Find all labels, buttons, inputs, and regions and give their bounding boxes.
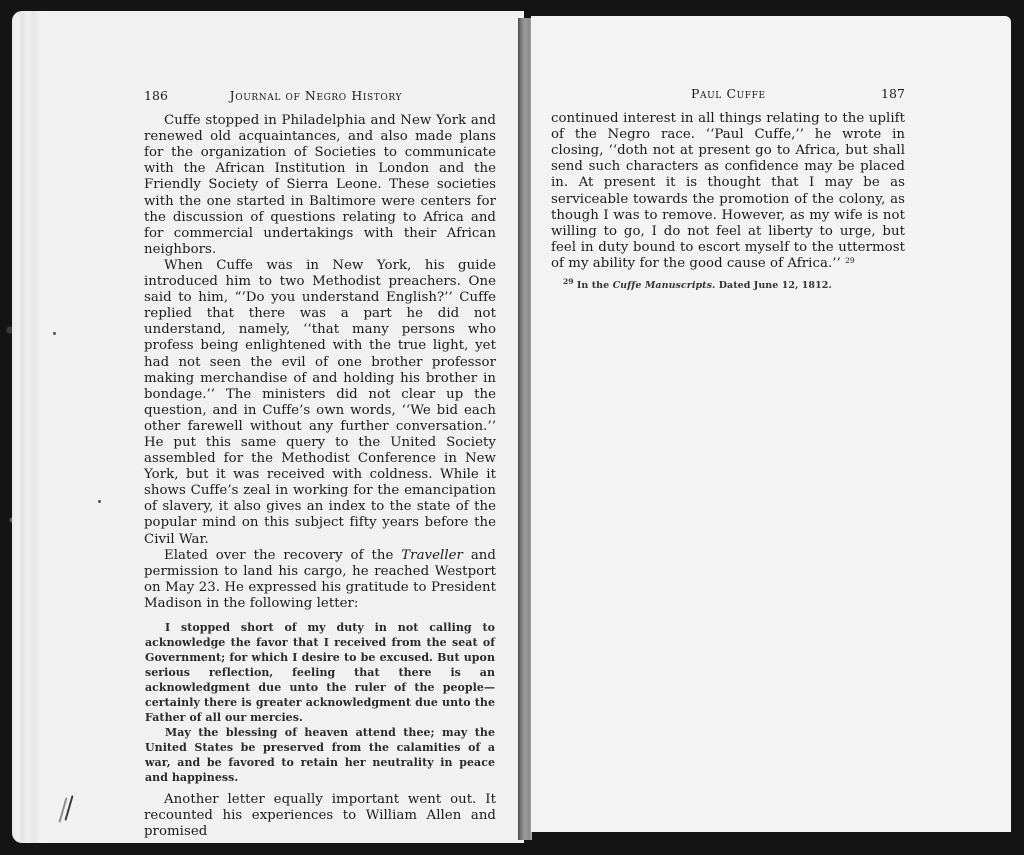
open-book: 186 Journal of Negro History Cuffe stopp… xyxy=(0,0,1024,855)
running-title: Journal of Negro History xyxy=(230,88,402,104)
footnote: 29 In the Cuffe Manuscripts. Dated June … xyxy=(551,280,905,292)
quoted-letter: I stopped short of my duty in not callin… xyxy=(144,620,496,785)
text-run: Dated June 12, 1812. xyxy=(715,280,831,291)
page-number: 186 xyxy=(144,88,168,104)
paragraph: continued interest in all things relatin… xyxy=(551,111,905,272)
left-page-text: 186 Journal of Negro History Cuffe stopp… xyxy=(144,88,496,840)
text-run: continued interest in all things relatin… xyxy=(551,111,905,271)
paragraph: When Cuffe was in New York, his guide in… xyxy=(144,258,496,548)
right-page-text: Paul Cuffe 187 continued interest in all… xyxy=(551,86,905,292)
page-number: 187 xyxy=(881,86,905,102)
running-title: Paul Cuffe xyxy=(691,86,766,102)
source-title-italic: Cuffe Manuscripts. xyxy=(613,280,716,291)
text-run: Elated over the recovery of the xyxy=(164,548,401,563)
letter-paragraph: I stopped short of my duty in not callin… xyxy=(145,620,495,725)
footnote-number: 29 xyxy=(563,277,574,286)
ship-name-italic: Traveller xyxy=(401,548,463,563)
handwritten-margin-mark xyxy=(58,795,76,825)
paragraph: Cuffe stopped in Philadelphia and New Yo… xyxy=(144,113,496,258)
right-running-head: Paul Cuffe 187 xyxy=(551,86,905,102)
book-spine xyxy=(518,18,532,840)
speck xyxy=(53,332,56,335)
text-run: In the xyxy=(574,280,613,291)
letter-paragraph: May the blessing of heaven attend thee; … xyxy=(145,725,495,785)
paragraph: Another letter equally important went ou… xyxy=(144,792,496,840)
paragraph: Elated over the recovery of the Travelle… xyxy=(144,548,496,612)
left-running-head: 186 Journal of Negro History xyxy=(144,88,496,104)
speck xyxy=(98,500,101,503)
footnote-reference: 29 xyxy=(845,256,855,265)
